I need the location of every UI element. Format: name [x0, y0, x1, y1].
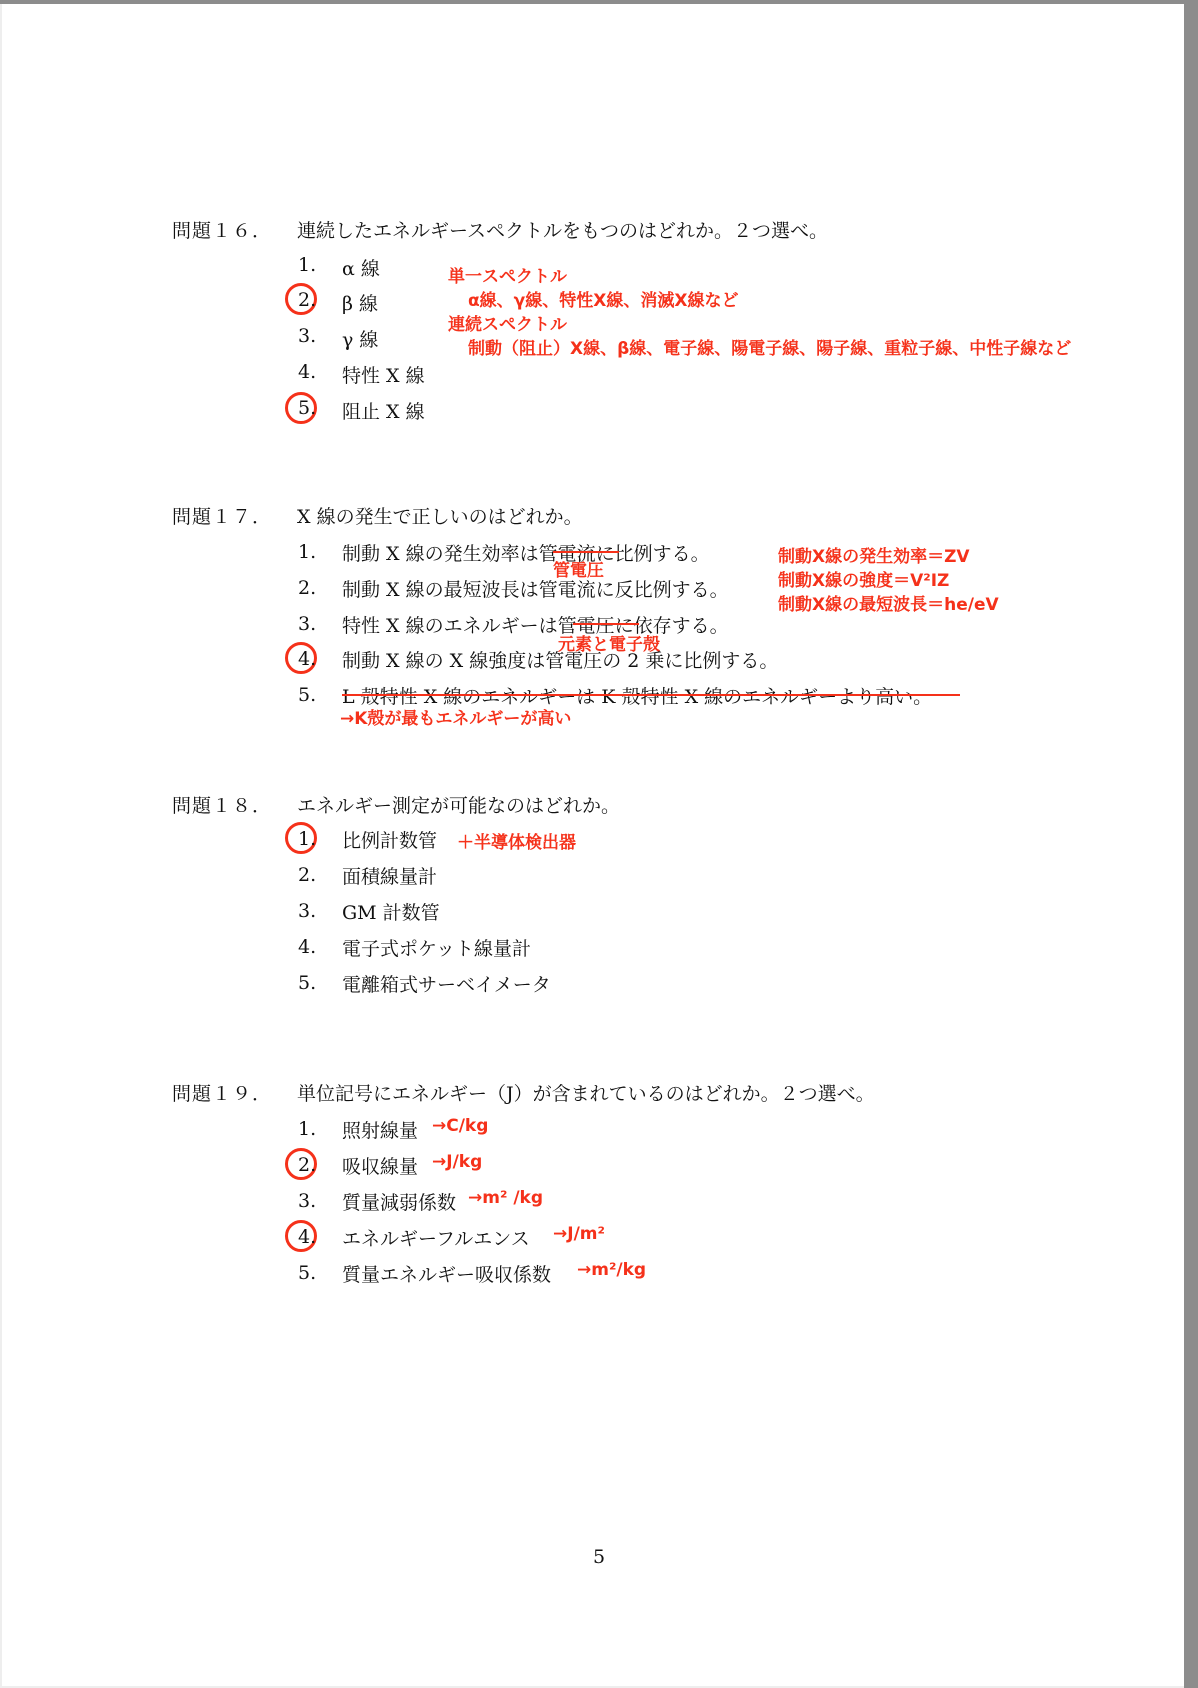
option-text: 比例計数管 — [342, 826, 437, 853]
option-number: 3. — [298, 613, 328, 635]
strikethrough-mark — [342, 694, 960, 696]
option-text: 質量減弱係数 — [342, 1188, 456, 1215]
annotation-note: α線、γ線、特性X線、消滅X線など — [468, 286, 738, 311]
option-number: 2. — [298, 289, 328, 311]
option-number: 2. — [298, 864, 328, 886]
option-number: 4. — [298, 648, 328, 670]
option-text: 質量エネルギー吸収係数 — [342, 1260, 551, 1287]
correction-note: →K殻が最もエネルギーが高い — [340, 704, 571, 729]
question-stem: 単位記号にエネルギー（J）が含まれているのはどれか。２つ選べ。 — [297, 1079, 875, 1106]
option-text: 照射線量 — [342, 1116, 418, 1143]
annotation-note: 連続スペクトル — [448, 310, 567, 335]
option-text: 特性 X 線のエネルギーは管電圧に依存する。 — [342, 611, 729, 638]
annotation-note: 制動X線の強度＝V²IZ — [778, 566, 949, 591]
annotation-note: 制動X線の最短波長＝he/eV — [778, 590, 999, 615]
question-label: 問題１６． — [172, 216, 272, 243]
strikethrough-mark — [553, 551, 619, 553]
annotation-note: →J/kg — [432, 1152, 482, 1172]
option-text: 電離箱式サーベイメータ — [342, 970, 551, 997]
annotation-note: →m²/kg — [577, 1260, 646, 1280]
question-stem: X 線の発生で正しいのはどれか。 — [297, 502, 583, 529]
option-number: 2. — [298, 577, 328, 599]
option-number: 5. — [298, 972, 328, 994]
option-text: 制動 X 線の最短波長は管電流に反比例する。 — [342, 575, 729, 602]
question-label: 問題１９． — [172, 1079, 272, 1106]
option-number: 4. — [298, 1226, 328, 1248]
annotation-note: 制動（阻止）X線、β線、電子線、陽電子線、陽子線、重粒子線、中性子線など — [468, 334, 1071, 359]
option-number: 3. — [298, 325, 328, 347]
option-number: 1. — [298, 541, 328, 563]
question-stem: エネルギー測定が可能なのはどれか。 — [297, 791, 620, 818]
option-number: 4. — [298, 936, 328, 958]
option-number: 1. — [298, 254, 328, 276]
option-text: γ 線 — [342, 325, 378, 352]
annotation-note: 単一スペクトル — [448, 262, 567, 287]
strikethrough-mark — [573, 623, 639, 625]
annotation-note: ＋半導体検出器 — [457, 828, 576, 853]
page-number: 5 — [593, 1546, 605, 1568]
option-text: GM 計数管 — [342, 898, 440, 925]
option-text: 制動 X 線の発生効率は管電流に比例する。 — [342, 539, 710, 566]
option-number: 2. — [298, 1154, 328, 1176]
option-number: 3. — [298, 1190, 328, 1212]
question-label: 問題１７． — [172, 502, 272, 529]
annotation-note: →C/kg — [432, 1116, 488, 1136]
annotation-note: →J/m² — [553, 1224, 605, 1244]
option-number: 1. — [298, 1118, 328, 1140]
annotation-note: →m² /kg — [468, 1188, 543, 1208]
option-text: α 線 — [342, 254, 380, 281]
option-text: 面積線量計 — [342, 862, 437, 889]
option-text: 阻止 X 線 — [342, 397, 425, 424]
option-text: β 線 — [342, 289, 378, 316]
option-number: 5. — [298, 397, 328, 419]
option-text: 吸収線量 — [342, 1152, 418, 1179]
option-text: 制動 X 線の X 線強度は管電圧の 2 乗に比例する。 — [342, 646, 778, 673]
question-stem: 連続したエネルギースペクトルをもつのはどれか。２つ選べ。 — [297, 216, 828, 243]
option-number: 3. — [298, 900, 328, 922]
option-text: 電子式ポケット線量計 — [342, 934, 531, 961]
option-number: 1. — [298, 828, 328, 850]
option-text: エネルギーフルエンス — [342, 1224, 530, 1251]
option-text: 特性 X 線 — [342, 361, 425, 388]
option-number: 5. — [298, 1262, 328, 1284]
document-page: 問題１６． 連続したエネルギースペクトルをもつのはどれか。２つ選べ。 1. α … — [0, 4, 1184, 1688]
option-number: 5. — [298, 684, 328, 706]
option-number: 4. — [298, 361, 328, 383]
question-label: 問題１８． — [172, 791, 272, 818]
annotation-note: 制動X線の発生効率＝ZV — [778, 542, 970, 567]
